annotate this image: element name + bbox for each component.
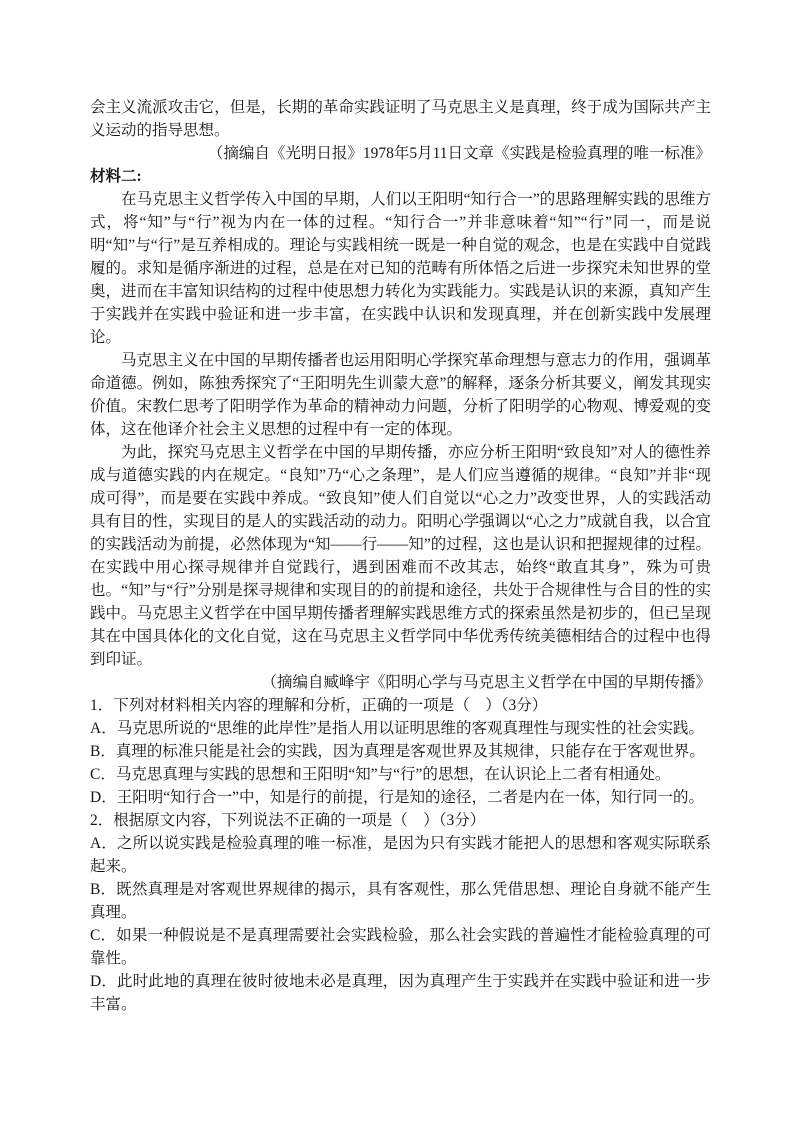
- material-one-tail-paragraph: 会主义流派攻击它，但是，长期的革命实践证明了马克思主义是真理，终于成为国际共产主…: [90, 96, 711, 142]
- option-label: C．: [90, 766, 116, 783]
- material-two-paragraph-3: 为此，探究马克思主义哲学在中国的早期传播，亦应分析王阳明“致良知”对人的德性养成…: [90, 441, 711, 671]
- question-2-option-c: C．如果一种假说是不是真理需要社会实践检验，那么社会实践的普遍性才能检验真理的可…: [90, 924, 711, 970]
- question-1-option-a: A．马克思所说的“思维的此岸性”是指人用以证明思维的客观真理性与现实性的社会实践…: [90, 717, 711, 740]
- material-two-paragraph-2: 马克思主义在中国的早期传播者也运用阳明心学探究革命理想与意志力的作用，强调革命道…: [90, 349, 711, 441]
- question-1-option-d: D．王阳明“知行合一”中，知是行的前提，行是知的途径，二者是内在一体，知行同一的…: [90, 786, 711, 809]
- question-1: 1．下列对材料相关内容的理解和分析，正确的一项是（ ）（3分） A．马克思所说的…: [90, 694, 711, 809]
- option-text: 此时此地的真理在彼时彼地未必是真理，因为真理产生于实践并在实践中验证和进一步丰富…: [90, 973, 711, 1013]
- option-text: 马克思真理与实践的思想和王阳明“知”与“行”的思想，在认识论上二者有相通处。: [116, 766, 671, 783]
- option-label: B．: [90, 881, 116, 898]
- question-1-number: 1．: [90, 697, 113, 714]
- option-label: A．: [90, 835, 117, 852]
- question-1-stem-text: 下列对材料相关内容的理解和分析，正确的一项是（ ）（3分）: [113, 697, 547, 714]
- option-text: 既然真理是对客观世界规律的揭示，具有客观性，那么凭借思想、理论自身就不能产生真理…: [90, 881, 711, 921]
- option-label: C．: [90, 927, 116, 944]
- material-one-citation: （摘编自《光明日报》1978年5月11日文章《实践是检验真理的唯一标准》: [90, 142, 711, 165]
- question-2-option-b: B．既然真理是对客观世界规律的揭示，具有客观性，那么凭借思想、理论自身就不能产生…: [90, 878, 711, 924]
- question-2-stem-text: 根据原文内容，下列说法不正确的一项是（ ）（3分）: [113, 812, 485, 829]
- question-1-option-c: C．马克思真理与实践的思想和王阳明“知”与“行”的思想，在认识论上二者有相通处。: [90, 763, 711, 786]
- question-2-option-d: D．此时此地的真理在彼时彼地未必是真理，因为真理产生于实践并在实践中验证和进一步…: [90, 970, 711, 1016]
- option-text: 之所以说实践是检验真理的唯一标准，是因为只有实践才能把人的思想和客观实际联系起来…: [90, 835, 711, 875]
- question-2-number: 2．: [90, 812, 113, 829]
- option-text: 如果一种假说是不是真理需要社会实践检验，那么社会实践的普遍性才能检验真理的可靠性…: [90, 927, 711, 967]
- option-label: D．: [90, 973, 117, 990]
- option-label: A．: [90, 720, 117, 737]
- option-text: 王阳明“知行合一”中，知是行的前提，行是知的途径，二者是内在一体，知行同一的。: [117, 789, 704, 806]
- material-two-citation: （摘编自臧峰宇《阳明心学与马克思主义哲学在中国的早期传播》: [90, 671, 711, 694]
- page-content: 会主义流派攻击它，但是，长期的革命实践证明了马克思主义是真理，终于成为国际共产主…: [90, 96, 711, 1016]
- exam-document-page: 会主义流派攻击它，但是，长期的革命实践证明了马克思主义是真理，终于成为国际共产主…: [0, 0, 794, 1123]
- question-2-stem: 2．根据原文内容，下列说法不正确的一项是（ ）（3分）: [90, 809, 711, 832]
- option-label: D．: [90, 789, 117, 806]
- option-text: 真理的标准只能是社会的实践，因为真理是客观世界及其规律，只能存在于客观世界。: [116, 743, 705, 760]
- option-label: B．: [90, 743, 116, 760]
- question-2-option-a: A．之所以说实践是检验真理的唯一标准，是因为只有实践才能把人的思想和客观实际联系…: [90, 832, 711, 878]
- question-1-option-b: B．真理的标准只能是社会的实践，因为真理是客观世界及其规律，只能存在于客观世界。: [90, 740, 711, 763]
- option-text: 马克思所说的“思维的此岸性”是指人用以证明思维的客观真理性与现实性的社会实践。: [117, 720, 704, 737]
- material-two-heading: 材料二:: [90, 165, 711, 188]
- material-two-paragraph-1: 在马克思主义哲学传入中国的早期，人们以王阳明“知行合一”的思路理解实践的思维方式…: [90, 188, 711, 349]
- question-1-stem: 1．下列对材料相关内容的理解和分析，正确的一项是（ ）（3分）: [90, 694, 711, 717]
- question-2: 2．根据原文内容，下列说法不正确的一项是（ ）（3分） A．之所以说实践是检验真…: [90, 809, 711, 1016]
